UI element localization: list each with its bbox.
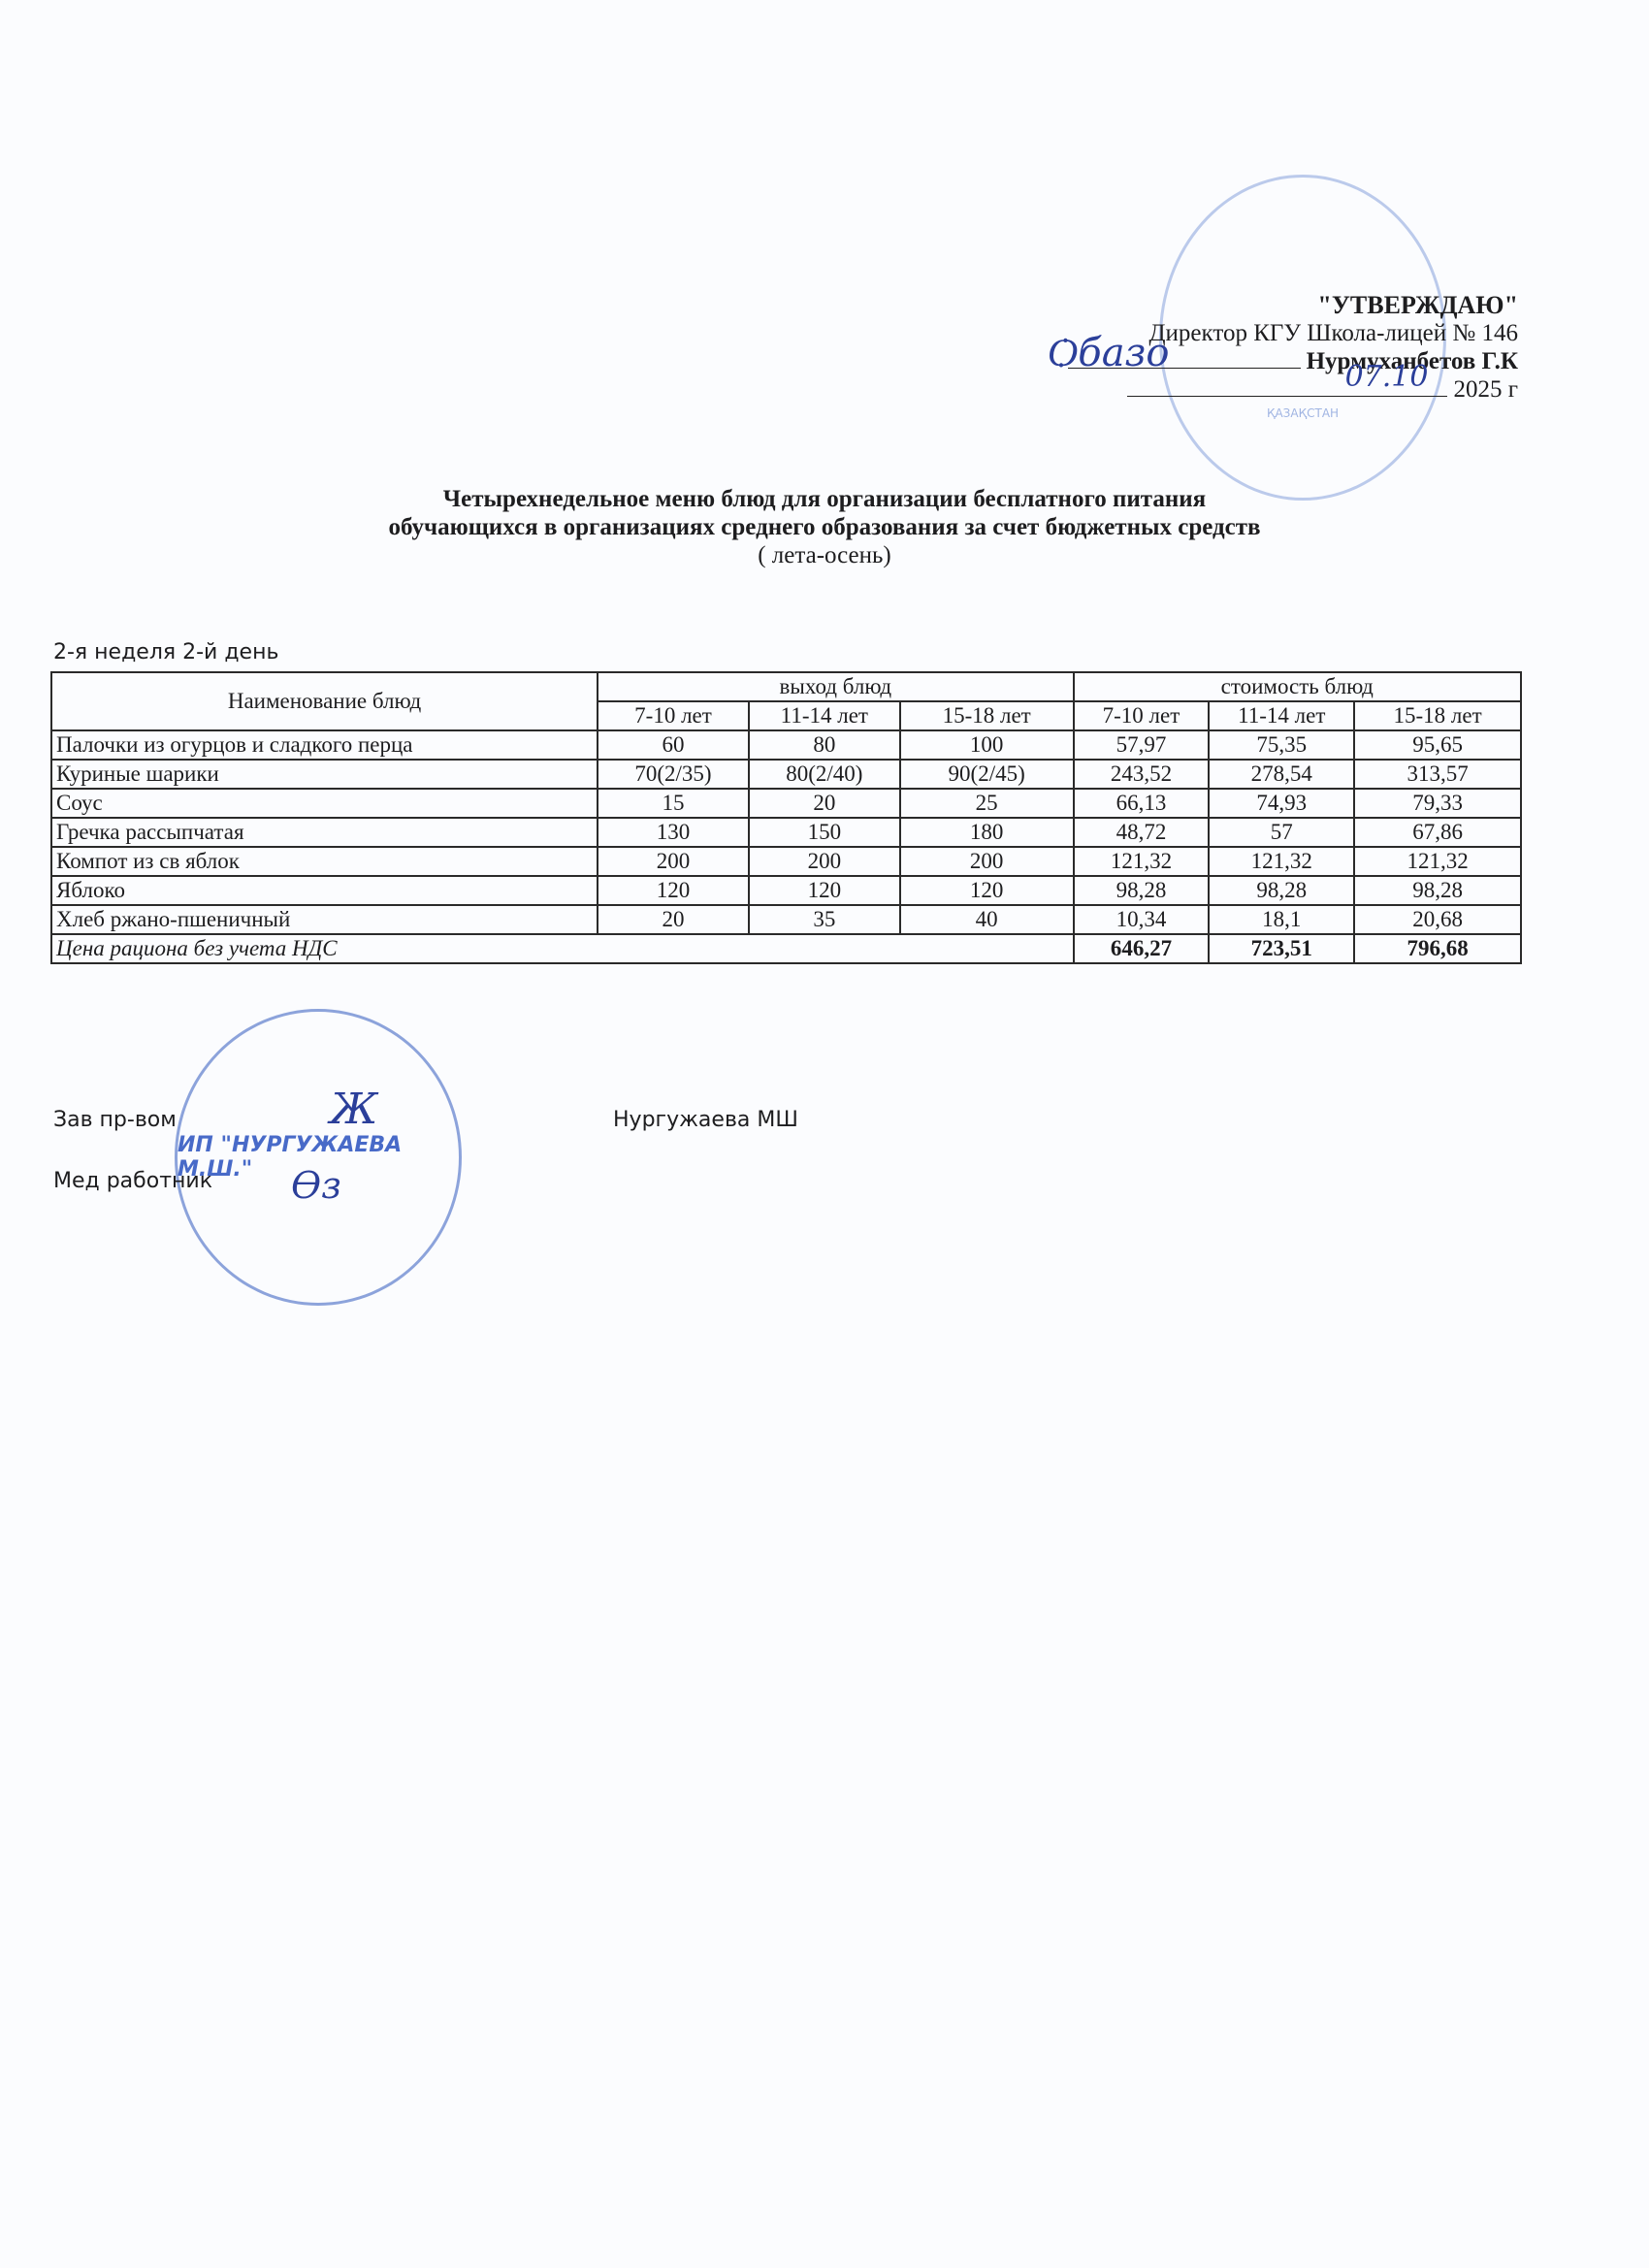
dish-cost: 121,32 [1209,847,1354,876]
dish-cost: 98,28 [1354,876,1521,905]
col-header-output-age: 11-14 лет [749,701,900,730]
dish-output: 200 [749,847,900,876]
medic-label: Мед работник [53,1169,212,1193]
dish-output: 70(2/35) [598,760,749,789]
date-line: 07.10 [1127,378,1447,397]
col-header-cost-age: 15-18 лет [1354,701,1521,730]
manager-name: Нургужаева МШ [613,1108,798,1132]
dish-cost: 48,72 [1074,818,1210,847]
dish-name: Соус [51,789,598,818]
dish-output: 80(2/40) [749,760,900,789]
dish-cost: 75,35 [1209,730,1354,760]
col-header-output-age: 7-10 лет [598,701,749,730]
dish-output: 25 [900,789,1074,818]
table-row: Яблоко12012012098,2898,2898,28 [51,876,1521,905]
col-header-cost-age: 7-10 лет [1074,701,1210,730]
dish-output: 200 [900,847,1074,876]
approval-heading: "УТВЕРЖДАЮ" [1068,291,1518,319]
dish-output: 200 [598,847,749,876]
dish-output: 120 [749,876,900,905]
col-header-cost-age: 11-14 лет [1209,701,1354,730]
total-cost: 723,51 [1209,934,1354,963]
dish-cost: 74,93 [1209,789,1354,818]
table-row: Компот из св яблок200200200121,32121,321… [51,847,1521,876]
col-header-name: Наименование блюд [51,672,598,730]
dish-output: 20 [749,789,900,818]
dish-output: 20 [598,905,749,934]
table-row: Куриные шарики70(2/35)80(2/40)90(2/45)24… [51,760,1521,789]
seal-text: ҚАЗАҚСТАН [1162,406,1443,420]
dish-name: Компот из св яблок [51,847,598,876]
dish-output: 80 [749,730,900,760]
menu-table: Наименование блюд выход блюд стоимость б… [50,671,1522,964]
total-cost: 796,68 [1354,934,1521,963]
dish-cost: 79,33 [1354,789,1521,818]
table-row: Гречка рассыпчатая13015018048,725767,86 [51,818,1521,847]
dish-cost: 95,65 [1354,730,1521,760]
medic-signature: Ѳз [291,1164,341,1207]
dish-cost: 67,86 [1354,818,1521,847]
dish-output: 60 [598,730,749,760]
title-season: ( лета-осень) [194,541,1455,569]
dish-output: 40 [900,905,1074,934]
dish-output: 120 [900,876,1074,905]
title-line-2: обучающихся в организациях среднего обра… [194,513,1455,541]
dish-cost: 98,28 [1074,876,1210,905]
dish-cost: 243,52 [1074,760,1210,789]
dish-name: Гречка рассыпчатая [51,818,598,847]
dish-output: 100 [900,730,1074,760]
col-group-cost: стоимость блюд [1074,672,1521,701]
col-group-output: выход блюд [598,672,1073,701]
dish-name: Яблоко [51,876,598,905]
table-row: Палочки из огурцов и сладкого перца60801… [51,730,1521,760]
document-title: Четырехнедельное меню блюд для организац… [194,485,1455,569]
dish-output: 130 [598,818,749,847]
dish-cost: 98,28 [1209,876,1354,905]
dish-name: Куриные шарики [51,760,598,789]
manager-signature: Ж [330,1085,377,1134]
week-day-label: 2-я неделя 2-й день [53,640,278,664]
handwritten-date: 07.10 [1345,363,1429,391]
total-cost: 646,27 [1074,934,1210,963]
title-line-1: Четырехнедельное меню блюд для организац… [194,485,1455,513]
dish-cost: 18,1 [1209,905,1354,934]
entrepreneur-stamp: ИП "НУРГУЖАЕВА М.Ш." [175,1009,462,1306]
table-row: Хлеб ржано-пшеничный20354010,3418,120,68 [51,905,1521,934]
dish-output: 150 [749,818,900,847]
dish-output: 180 [900,818,1074,847]
dish-cost: 57 [1209,818,1354,847]
dish-output: 15 [598,789,749,818]
dish-cost: 313,57 [1354,760,1521,789]
dish-cost: 121,32 [1354,847,1521,876]
dish-output: 90(2/45) [900,760,1074,789]
dish-cost: 20,68 [1354,905,1521,934]
total-row: Цена рациона без учета НДС646,27723,5179… [51,934,1521,963]
dish-cost: 57,97 [1074,730,1210,760]
dish-output: 120 [598,876,749,905]
dish-name: Хлеб ржано-пшеничный [51,905,598,934]
table-row: Соус15202566,1374,9379,33 [51,789,1521,818]
dish-name: Палочки из огурцов и сладкого перца [51,730,598,760]
director-signature: Ѻбазо [1048,330,1169,375]
manager-label: Зав пр-вом [53,1108,177,1132]
dish-cost: 66,13 [1074,789,1210,818]
approval-year: 2025 г [1453,376,1518,403]
dish-cost: 10,34 [1074,905,1210,934]
dish-output: 35 [749,905,900,934]
dish-cost: 278,54 [1209,760,1354,789]
total-label: Цена рациона без учета НДС [51,934,1074,963]
dish-cost: 121,32 [1074,847,1210,876]
col-header-output-age: 15-18 лет [900,701,1074,730]
